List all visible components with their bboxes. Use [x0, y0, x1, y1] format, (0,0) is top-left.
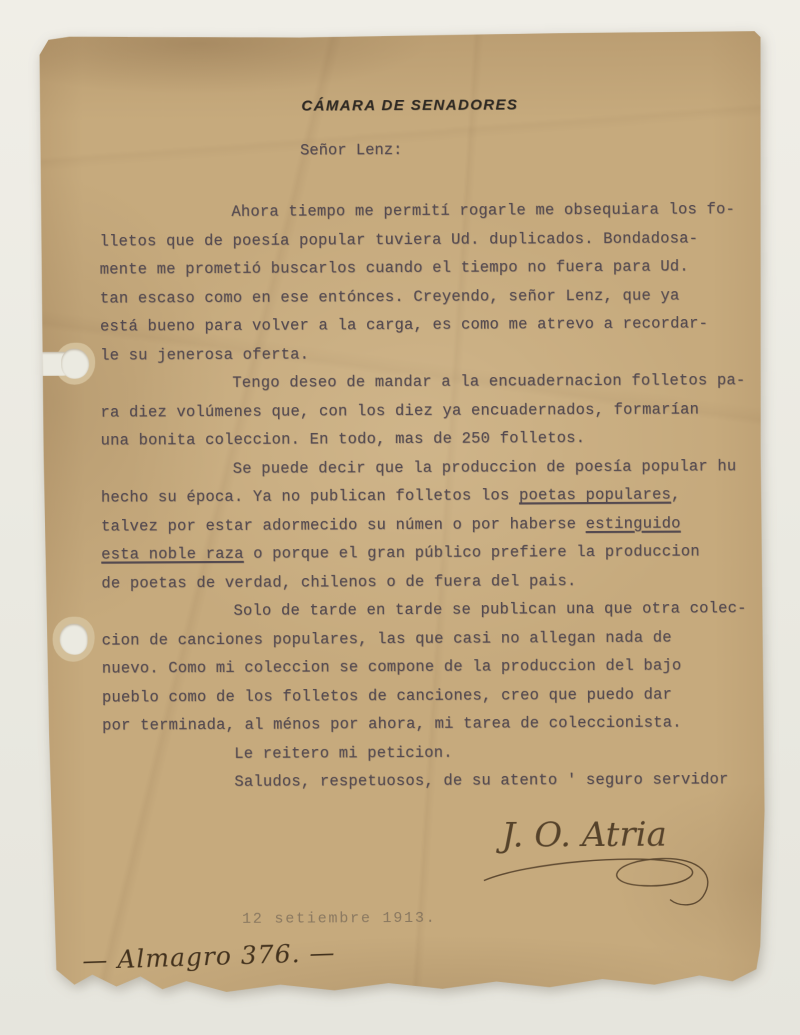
- typed-text: Solo de tarde en tarde se publican una q…: [233, 599, 746, 620]
- letter-line: Ahora tiempo me permití rogarle me obseq…: [99, 195, 747, 227]
- typed-text: ra diez volúmenes que, con los diez ya e…: [100, 400, 699, 421]
- typed-text: una bonita coleccion. En todo, mas de 25…: [101, 429, 586, 450]
- signature-flourish: [484, 858, 708, 906]
- letter-line: ra diez volúmenes que, con los diez ya e…: [100, 395, 748, 427]
- typed-text: está bueno para volver a la carga, es co…: [100, 314, 708, 335]
- typed-text: de poetas de verdad, chilenos o de fuera…: [101, 572, 576, 592]
- salutation: Señor Lenz:: [300, 141, 402, 160]
- underlined-text: esta noble raza: [101, 545, 244, 564]
- typed-text: talvez por estar adormecido su númen o p…: [101, 515, 586, 536]
- letter-line: Saludos, respetuosos, de su atento ' seg…: [102, 765, 750, 797]
- underlined-text: poetas populares: [519, 486, 671, 505]
- typed-text: le su jenerosa oferta.: [100, 345, 309, 364]
- typed-text: por terminada, al ménos por ahora, mi ta…: [102, 714, 682, 735]
- typed-text: Se puede decir que la produccion de poes…: [233, 457, 737, 478]
- letter-line: talvez por estar adormecido su númen o p…: [101, 509, 749, 541]
- typed-text: tan escaso como en ese entónces. Creyend…: [100, 286, 680, 307]
- letter-line: cion de canciones populares, las que cas…: [102, 623, 750, 655]
- typed-text: lletos que de poesía popular tuviera Ud.…: [100, 229, 699, 250]
- letter-line: Se puede decir que la produccion de poes…: [101, 452, 749, 484]
- typed-text: hecho su época. Ya no publican folletos …: [101, 486, 519, 506]
- letter-line: una bonita coleccion. En todo, mas de 25…: [101, 423, 749, 455]
- letter-line: esta noble raza o porque el gran público…: [101, 537, 749, 569]
- letter-line: mente me prometió buscarlos cuando el ti…: [100, 252, 748, 284]
- scan-background: CÁMARA DE SENADORES Señor Lenz: Ahora ti…: [0, 0, 800, 1035]
- typed-text: Tengo deseo de mandar a la encuadernacio…: [232, 371, 745, 392]
- signature-text: J. O. Atria: [496, 815, 667, 856]
- address-note: — Almagro 376. —: [82, 938, 336, 975]
- letter-line: por terminada, al ménos por ahora, mi ta…: [102, 708, 750, 740]
- letter-line: Solo de tarde en tarde se publican una q…: [101, 594, 749, 626]
- typed-text: ,: [671, 486, 681, 504]
- paper-sheet: CÁMARA DE SENADORES Señor Lenz: Ahora ti…: [39, 31, 765, 1002]
- typed-text: Saludos, respetuosos, de su atento ' seg…: [234, 770, 728, 791]
- letter-line: de poetas de verdad, chilenos o de fuera…: [101, 566, 749, 598]
- typed-text: o porque el gran público prefiere la pro…: [244, 542, 700, 562]
- typed-text: cion de canciones populares, las que cas…: [102, 628, 672, 649]
- underlined-text: estinguido: [586, 514, 681, 532]
- signature: J. O. Atria: [471, 801, 742, 912]
- letter-line: lletos que de poesía popular tuviera Ud.…: [99, 224, 747, 256]
- letter-line: hecho su época. Ya no publican folletos …: [101, 480, 749, 512]
- typed-text: mente me prometió buscarlos cuando el ti…: [100, 257, 689, 278]
- date-line: 12 setiembre 1913.: [242, 910, 437, 928]
- typed-text: Le reitero mi peticion.: [234, 743, 453, 762]
- letter-line: nuevo. Como mi coleccion se compone de l…: [102, 651, 750, 683]
- letter-line: Le reitero mi peticion.: [102, 737, 750, 769]
- letter-line: tan escaso como en ese entónces. Creyend…: [100, 281, 748, 313]
- punch-hole-bottom: [60, 624, 88, 655]
- letterhead-title: CÁMARA DE SENADORES: [220, 96, 600, 115]
- letter-line: le su jenerosa oferta.: [100, 338, 748, 370]
- typed-text: Ahora tiempo me permití rogarle me obseq…: [231, 200, 735, 221]
- typed-text: nuevo. Como mi coleccion se compone de l…: [102, 657, 682, 678]
- letter-body: Ahora tiempo me permití rogarle me obseq…: [99, 195, 750, 797]
- punch-hole-top: [61, 349, 89, 379]
- typed-text: pueblo como de los folletos de canciones…: [102, 685, 672, 706]
- letter-line: pueblo como de los folletos de canciones…: [102, 680, 750, 712]
- letter-paper: CÁMARA DE SENADORES Señor Lenz: Ahora ti…: [39, 31, 765, 1002]
- letter-line: Tengo deseo de mandar a la encuadernacio…: [100, 366, 748, 398]
- letter-line: está bueno para volver a la carga, es co…: [100, 309, 748, 341]
